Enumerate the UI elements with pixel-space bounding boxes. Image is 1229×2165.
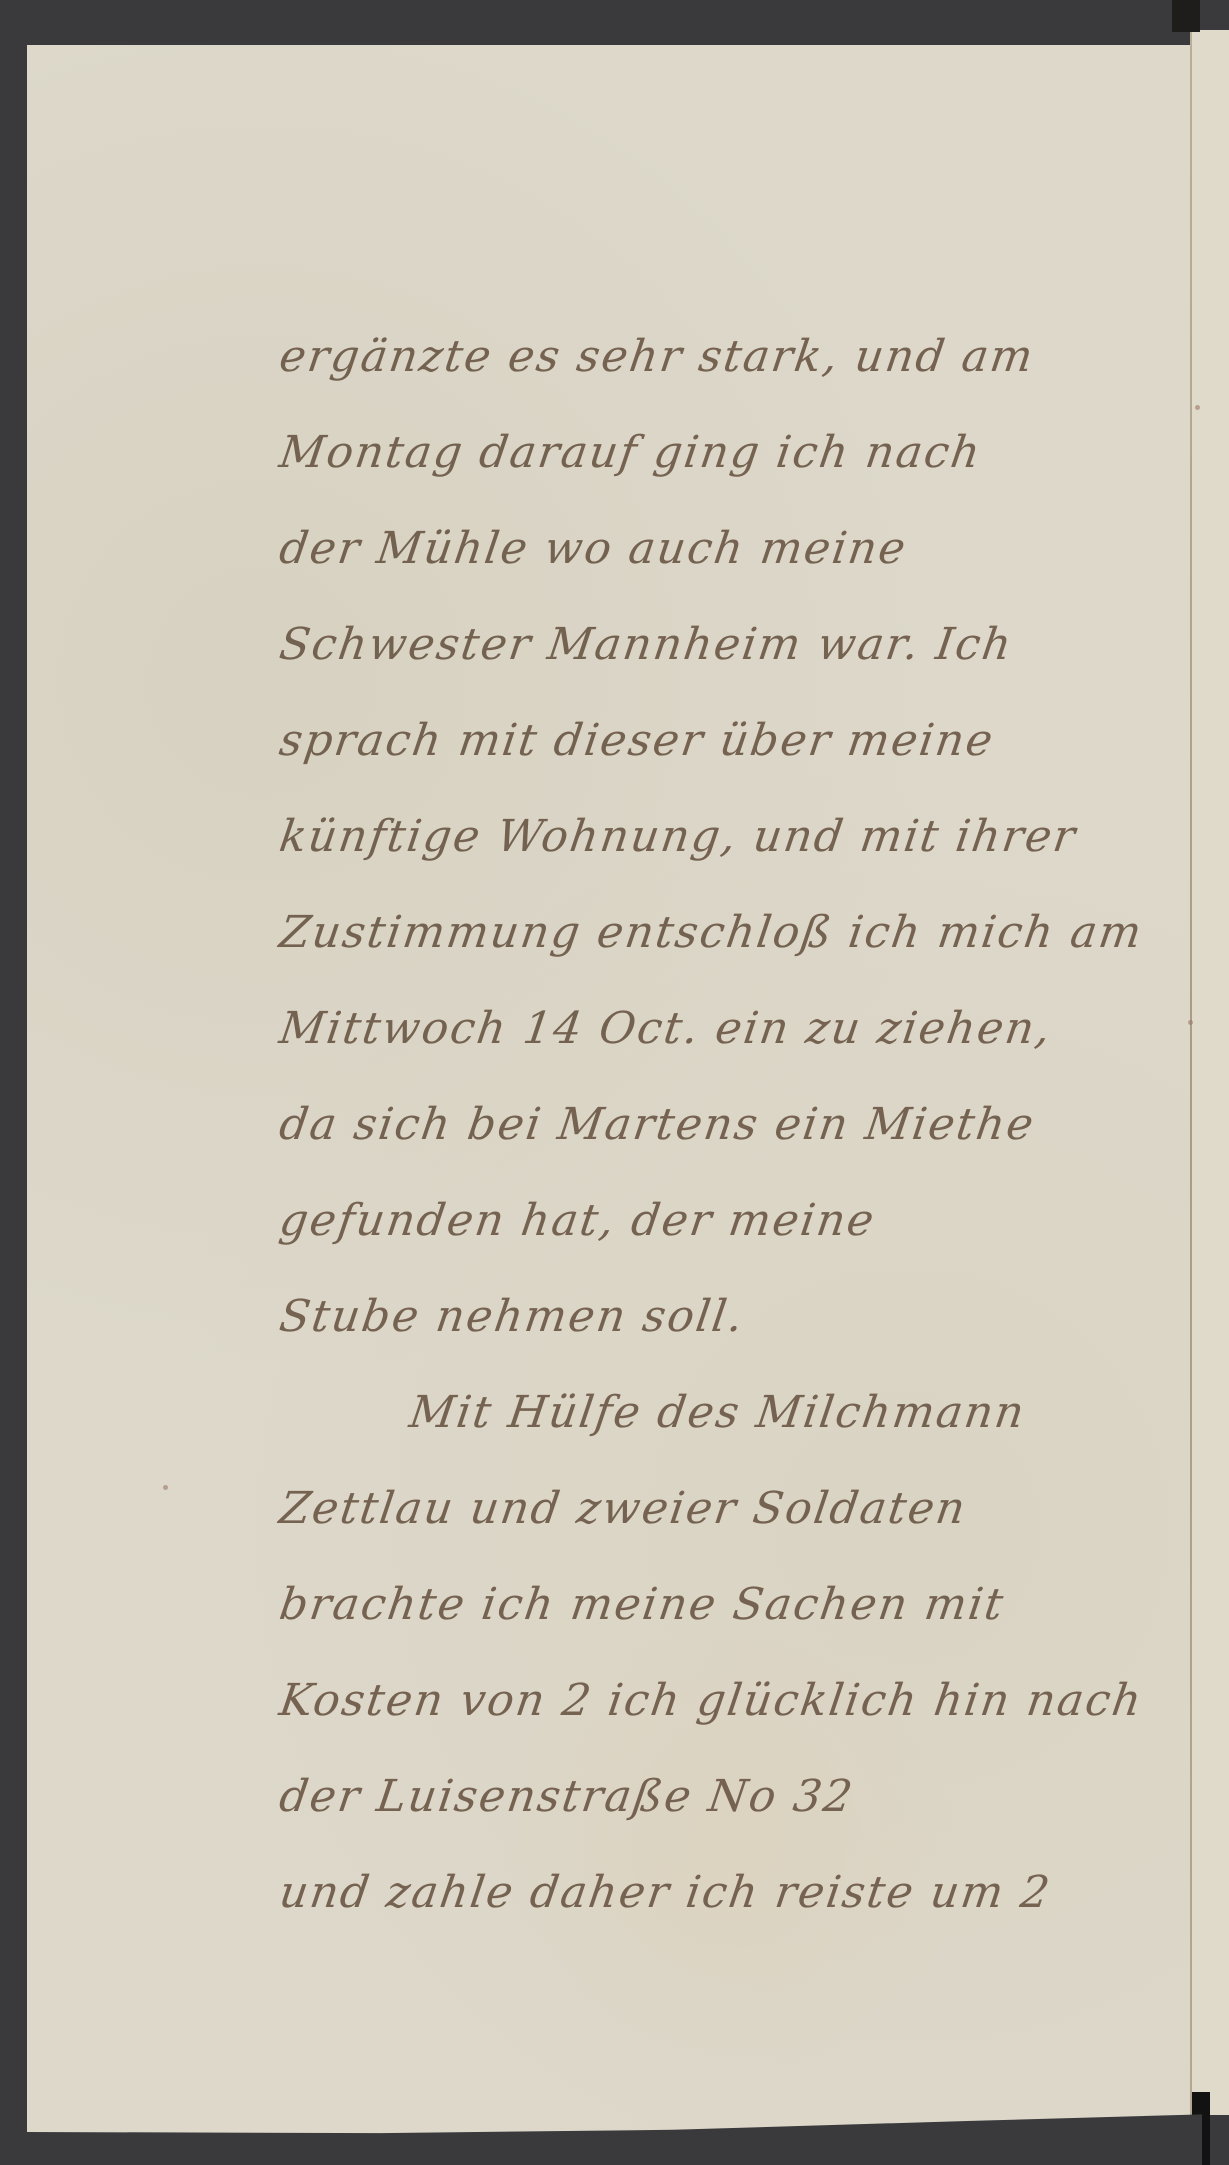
text-line: gefunden hat, der meine — [271, 1186, 1104, 1282]
binding-top — [1172, 0, 1200, 32]
next-page-edge — [1192, 30, 1229, 2115]
handwritten-text: ergänzte es sehr stark, und am Montag da… — [278, 322, 1098, 1954]
text-line: sprach mit dieser über meine — [271, 706, 1104, 802]
text-line: Zustimmung entschloß ich mich am — [271, 898, 1104, 994]
scanned-manuscript: ergänzte es sehr stark, und am Montag da… — [0, 0, 1229, 2165]
text-line-paragraph-start: Mit Hülfe des Milchmann — [271, 1378, 1104, 1474]
paper-speck — [163, 1485, 168, 1490]
text-line: Montag darauf ging ich nach — [271, 418, 1104, 514]
text-line: Schwester Mannheim war. Ich — [271, 610, 1104, 706]
text-line: der Mühle wo auch meine — [271, 514, 1104, 610]
text-line: Zettlau und zweier Soldaten — [271, 1474, 1104, 1570]
text-line: und zahle daher ich reiste um 2 — [271, 1858, 1104, 1954]
paper-speck — [1188, 1020, 1193, 1025]
paper-speck — [1195, 405, 1200, 410]
page-fold-line — [1190, 30, 1192, 2115]
text-line: brachte ich meine Sachen mit — [271, 1570, 1104, 1666]
text-line: Stube nehmen soll. — [271, 1282, 1104, 1378]
text-line: Mittwoch 14 Oct. ein zu ziehen, — [271, 994, 1104, 1090]
text-line: der Luisenstraße No 32 — [271, 1762, 1104, 1858]
text-line: Kosten von 2 ich glücklich hin nach — [271, 1666, 1104, 1762]
text-line: künftige Wohnung, und mit ihrer — [271, 802, 1104, 898]
text-line: ergänzte es sehr stark, und am — [271, 322, 1104, 418]
text-line: da sich bei Martens ein Miethe — [271, 1090, 1104, 1186]
